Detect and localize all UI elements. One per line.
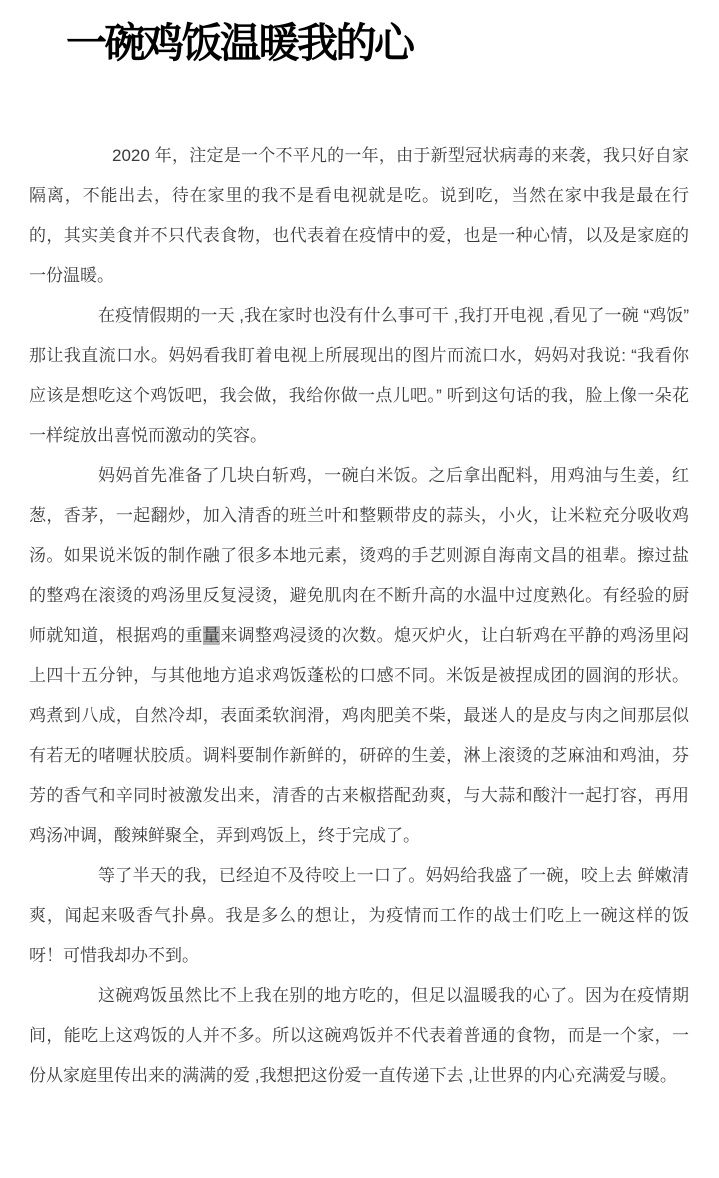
document-title: 一碗鸡饭温暖我的心 <box>66 18 413 68</box>
paragraph-4: 等了半天的我，已经迫不及待咬上一口了。妈妈给我盛了一碗，咬上去 鲜嫩清爽，闻起来… <box>29 856 689 976</box>
essay-body: 2020 年，注定是一个不平凡的一年，由于新型冠状病毒的来袭，我只好自家隔离，不… <box>29 136 689 1096</box>
paragraph-text: 来调整鸡浸烫的次数。熄灭炉火，让白斩鸡在平静的鸡汤里闷上四十五分钟，与其他地方追… <box>29 626 689 845</box>
document-page: 一碗鸡饭温暖我的心 2020 年，注定是一个不平凡的一年，由于新型冠状病毒的来袭… <box>0 0 719 1178</box>
paragraph-1: 2020 年，注定是一个不平凡的一年，由于新型冠状病毒的来袭，我只好自家隔离，不… <box>29 136 689 296</box>
paragraph-text: 2020 年，注定是一个不平凡的一年，由于新型冠状病毒的来袭，我只好自家隔离，不… <box>29 146 689 285</box>
paragraph-2: 在疫情假期的一天 ,我在家时也没有什么事可干 ,我打开电视 ,看见了一碗 “鸡饭… <box>29 296 689 456</box>
paragraph-text: 等了半天的我，已经迫不及待咬上一口了。妈妈给我盛了一碗，咬上去 鲜嫩清爽，闻起来… <box>29 866 689 965</box>
paragraph-5: 这碗鸡饭虽然比不上我在别的地方吃的，但足以温暖我的心了。因为在疫情期间，能吃上这… <box>29 976 689 1096</box>
paragraph-3: 妈妈首先准备了几块白斩鸡，一碗白米饭。之后拿出配料，用鸡油与生姜，红葱，香茅，一… <box>29 456 689 856</box>
highlighted-text: 量 <box>203 626 220 645</box>
paragraph-text: 在疫情假期的一天 ,我在家时也没有什么事可干 ,我打开电视 ,看见了一碗 “鸡饭… <box>29 306 689 445</box>
paragraph-text: 妈妈首先准备了几块白斩鸡，一碗白米饭。之后拿出配料，用鸡油与生姜，红葱，香茅，一… <box>29 466 689 645</box>
paragraph-text: 这碗鸡饭虽然比不上我在别的地方吃的，但足以温暖我的心了。因为在疫情期间，能吃上这… <box>29 986 689 1085</box>
